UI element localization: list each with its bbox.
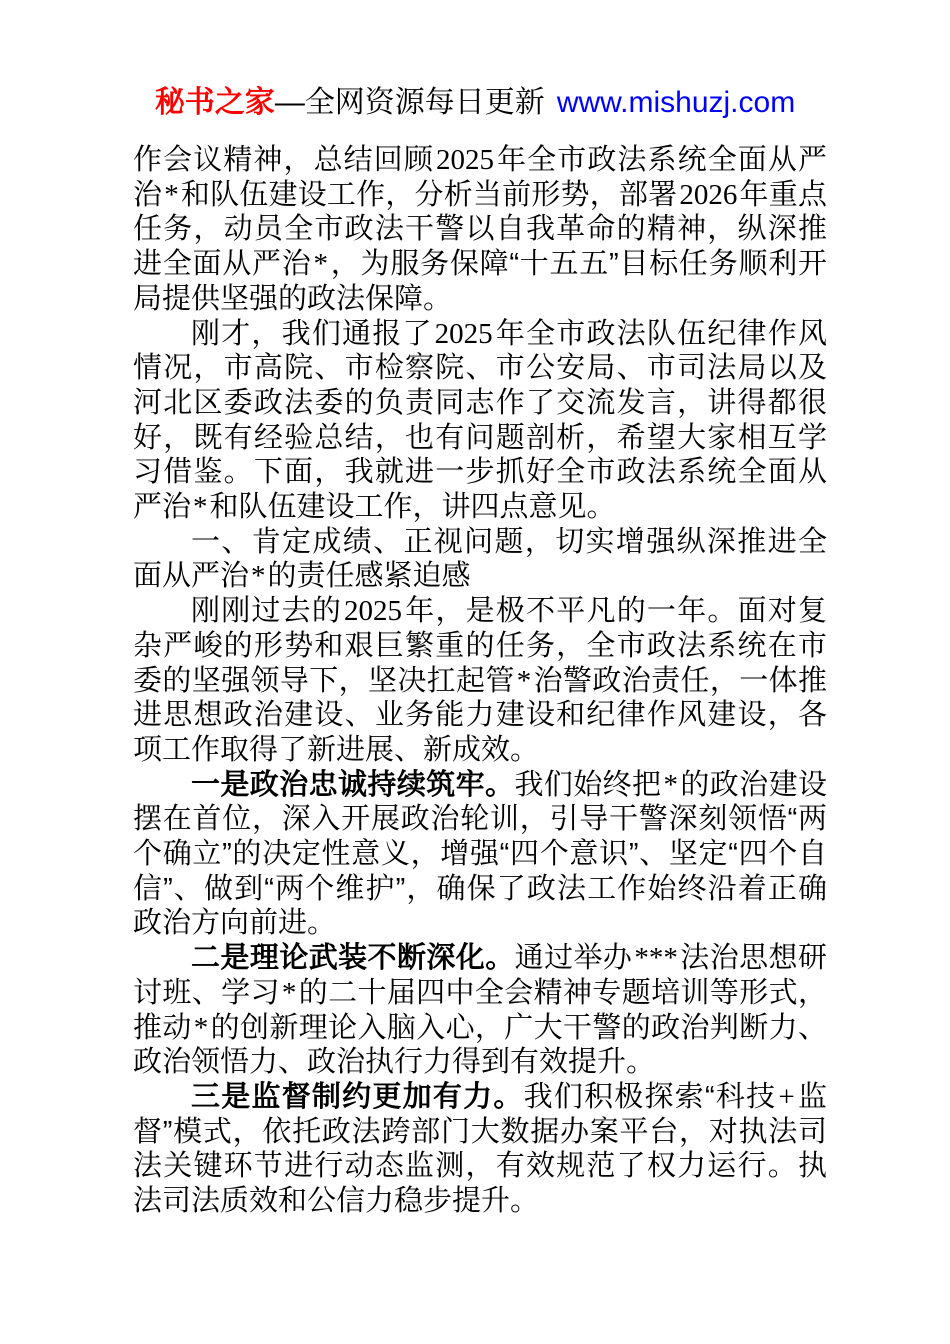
section-heading: 一、肯定成绩、正视问题，切实增强纵深推进全面从严治*的责任感紧迫感 <box>133 525 827 594</box>
paragraph-text: 一、肯定成绩、正视问题，切实增强纵深推进全面从严治*的责任感紧迫感 <box>133 526 827 593</box>
document-page: 秘书之家—全网资源每日更新www.mishuzj.com 作会议精神，总结回顾2… <box>0 0 950 1344</box>
latin-text: * <box>162 179 181 211</box>
paragraph: 作会议精神，总结回顾2025年全市政法系统全面从严治*和队伍建设工作，分析当前形… <box>133 143 827 317</box>
paragraph-text: 刚才，我们通报了2025年全市政法队伍纪律作风情况，市高院、市检察院、市公安局、… <box>133 318 827 524</box>
latin-text: 2025 <box>433 318 495 350</box>
latin-text: * <box>249 560 268 592</box>
header-url-link[interactable]: www.mishuzj.com <box>557 86 795 119</box>
latin-text: *** <box>632 942 680 974</box>
latin-text: * <box>661 769 680 801</box>
paragraph: 刚刚过去的2025年，是极不平凡的一年。面对复杂严峻的形势和艰巨繁重的任务，全市… <box>133 594 827 768</box>
latin-text: 2025 <box>342 595 404 627</box>
latin-text: + <box>776 1081 796 1113</box>
latin-text: * <box>191 491 210 523</box>
header-separator: — <box>275 86 305 119</box>
paragraph: 二是理论武装不断深化。通过举办***法治思想研讨班、学习*的二十届四中全会精神专… <box>133 941 827 1080</box>
paragraph-lead: 一是政治忠诚持续筑牢。 <box>191 769 514 801</box>
paragraph-lead: 二是理论武装不断深化。 <box>191 942 515 974</box>
paragraph-lead: 三是监督制约更加有力。 <box>191 1081 524 1113</box>
paragraph: 刚才，我们通报了2025年全市政法队伍纪律作风情况，市高院、市检察院、市公安局、… <box>133 317 827 525</box>
paragraph-text: 作会议精神，总结回顾2025年全市政法系统全面从严治*和队伍建设工作，分析当前形… <box>133 144 827 315</box>
latin-text: * <box>312 248 331 280</box>
paragraph-text: 刚刚过去的2025年，是极不平凡的一年。面对复杂严峻的形势和艰巨繁重的任务，全市… <box>133 595 827 766</box>
latin-text: 2026 <box>677 179 739 211</box>
site-name: 秘书之家 <box>155 86 275 119</box>
document-body: 作会议精神，总结回顾2025年全市政法系统全面从严治*和队伍建设工作，分析当前形… <box>133 143 827 1219</box>
paragraph: 一是政治忠诚持续筑牢。我们始终把*的政治建设摆在首位，深入开展政治轮训，引导干警… <box>133 768 827 942</box>
paragraph: 三是监督制约更加有力。我们积极探索“科技+监督”模式，依托政法跨部门大数据办案平… <box>133 1080 827 1219</box>
latin-text: * <box>515 665 534 697</box>
latin-text: * <box>280 977 299 1009</box>
latin-text: * <box>192 1012 211 1044</box>
latin-text: 2025 <box>434 144 496 176</box>
header-tagline: 全网资源每日更新 <box>305 86 545 119</box>
site-header: 秘书之家—全网资源每日更新www.mishuzj.com <box>0 86 950 119</box>
